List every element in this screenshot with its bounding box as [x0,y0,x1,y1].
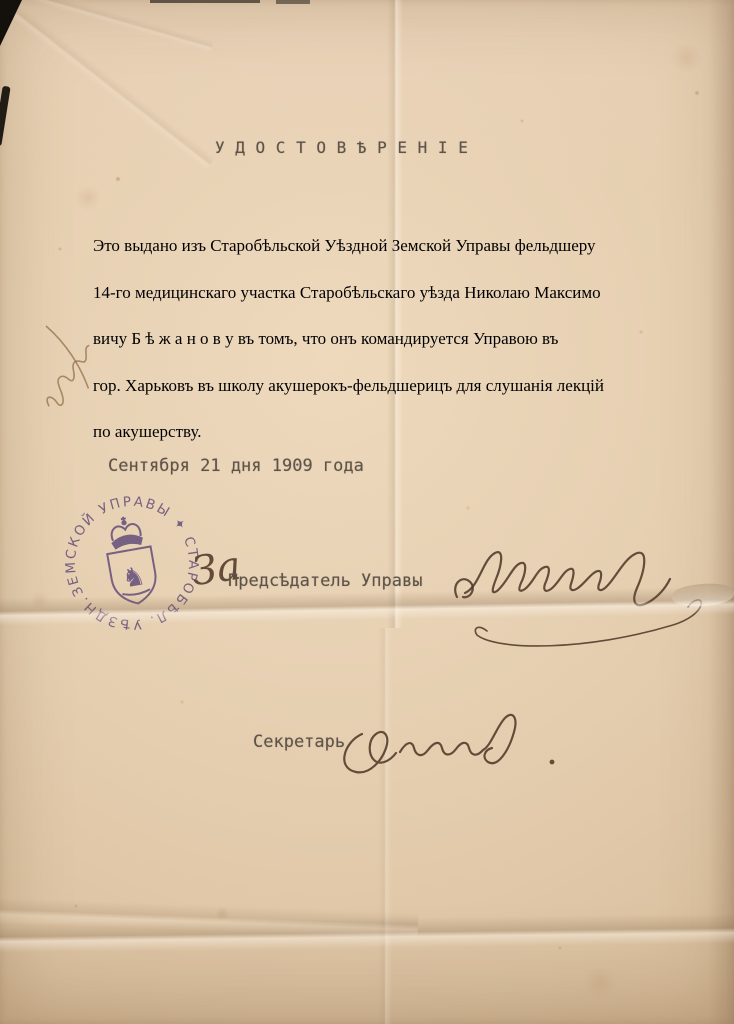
official-stamp: ЗЕМСКОЙ УПРАВЫ ✦ СТАРОБѢЛ. УѢЗДН. ♞ [55,488,209,638]
corner-wrinkle [8,0,213,53]
body-line: 14-го медицинскаго участка Старобѣльскаг… [93,283,604,330]
crown-icon [107,514,144,550]
document-title: У Д О С Т О В Ѣ Р Е Н І Е [215,138,468,157]
background-gap-top-edge [150,0,260,3]
photo-background: У Д О С Т О В Ѣ Р Е Н І Е Это выдано изъ… [0,0,734,1024]
date-line: Сентября 21 дня 1909 года [108,456,364,476]
body-line: Это выдано изъ Старобѣльской Уѣздной Зем… [93,236,604,283]
horse-glyph: ♞ [120,561,148,595]
corner-wrinkle [0,0,215,170]
stamp-emblem: ♞ [101,513,160,607]
horizontal-fold-crease-bottom [0,913,734,952]
document-body: Это выдано изъ Старобѣльской Уѣздной Зем… [93,236,604,469]
background-gap-top-edge [276,0,310,4]
body-line: гор. Харьковъ въ школу акушерокъ-фельдше… [93,376,604,423]
document-paper: У Д О С Т О В Ѣ Р Е Н І Е Это выдано изъ… [0,0,734,1024]
horizontal-fold-crease-bottom-left [0,897,418,939]
secretary-signature [316,700,588,796]
body-line: вичу Б ѣ ж а н о в у въ томъ, что онъ ко… [93,329,604,376]
chairman-signature [443,533,734,665]
margin-handwriting [15,318,110,433]
chairman-typed-label: Предсѣдатель Управы [228,571,422,591]
shield-horse-icon: ♞ [107,546,160,607]
vertical-fold-crease-lower [378,628,392,1024]
